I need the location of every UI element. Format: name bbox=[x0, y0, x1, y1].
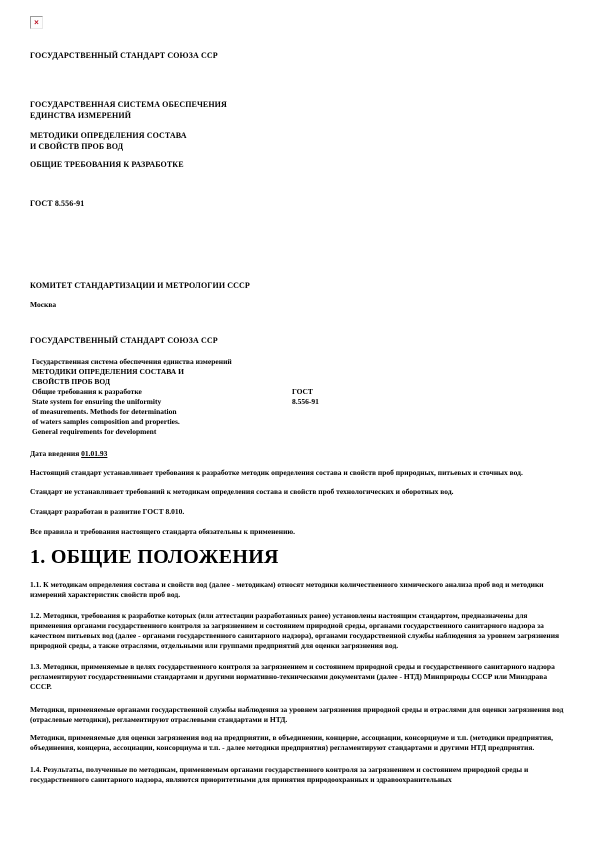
gost-number: ГОСТ 8.556-91 bbox=[30, 199, 565, 209]
title-block-line: State system for ensuring the uniformity bbox=[32, 397, 294, 407]
broken-image-x-glyph: × bbox=[34, 19, 39, 27]
title-block-line: General requirements for development bbox=[32, 427, 294, 437]
document-page: × ГОСУДАРСТВЕННЫЙ СТАНДАРТ СОЮЗА ССР ГОС… bbox=[0, 0, 595, 842]
broken-image-icon: × bbox=[30, 16, 43, 29]
title-block-line: Общие требования к разработке bbox=[32, 387, 294, 397]
title-block-left-column: Государственная система обеспечения един… bbox=[32, 357, 294, 437]
subject-title-line1: МЕТОДИКИ ОПРЕДЕЛЕНИЯ СОСТАВА bbox=[30, 130, 330, 141]
requirements-title: ОБЩИЕ ТРЕБОВАНИЯ К РАЗРАБОТКЕ bbox=[30, 160, 565, 170]
title-block-line: МЕТОДИКИ ОПРЕДЕЛЕНИЯ СОСТАВА И bbox=[32, 367, 294, 377]
title-block-line: СВОЙСТВ ПРОБ ВОД bbox=[32, 377, 294, 387]
committee-name: КОМИТЕТ СТАНДАРТИЗАЦИИ И МЕТРОЛОГИИ СССР bbox=[30, 281, 565, 291]
section-paragraph: 1.4. Результаты, полученные по методикам… bbox=[30, 765, 565, 785]
section-heading: 1. ОБЩИЕ ПОЛОЖЕНИЯ bbox=[30, 546, 565, 569]
intro-paragraph: Все правила и требования настоящего стан… bbox=[30, 527, 565, 537]
intro-paragraph: Настоящий стандарт устанавливает требова… bbox=[30, 468, 565, 478]
city-name: Москва bbox=[30, 300, 565, 310]
effective-date-value: 01.01.93 bbox=[81, 449, 107, 458]
standard-caption-2: ГОСУДАРСТВЕННЫЙ СТАНДАРТ СОЮЗА ССР bbox=[30, 336, 565, 346]
gsi-title: ГОСУДАРСТВЕННАЯ СИСТЕМА ОБЕСПЕЧЕНИЯ ЕДИН… bbox=[30, 99, 330, 121]
gost-code-column: ГОСТ 8.556-91 bbox=[292, 387, 319, 407]
subject-title: МЕТОДИКИ ОПРЕДЕЛЕНИЯ СОСТАВА И СВОЙСТВ П… bbox=[30, 130, 330, 152]
title-block-line: of measurements. Methods for determinati… bbox=[32, 407, 294, 417]
gost-code-number: 8.556-91 bbox=[292, 397, 319, 407]
gsi-title-line1: ГОСУДАРСТВЕННАЯ СИСТЕМА ОБЕСПЕЧЕНИЯ bbox=[30, 99, 330, 110]
effective-date-label: Дата введения bbox=[30, 449, 79, 458]
subject-title-line2: И СВОЙСТВ ПРОБ ВОД bbox=[30, 141, 330, 152]
intro-paragraph: Стандарт разработан в развитие ГОСТ 8.01… bbox=[30, 507, 565, 517]
standard-caption: ГОСУДАРСТВЕННЫЙ СТАНДАРТ СОЮЗА ССР bbox=[30, 51, 565, 61]
section-paragraph: 1.2. Методики, требования к разработке к… bbox=[30, 611, 565, 651]
section-paragraph: Методики, применяемые органами государст… bbox=[30, 705, 565, 725]
section-paragraph: Методики, применяемые для оценки загрязн… bbox=[30, 733, 565, 753]
title-block-line: Государственная система обеспечения един… bbox=[32, 357, 294, 367]
gsi-title-line2: ЕДИНСТВА ИЗМЕРЕНИЙ bbox=[30, 110, 330, 121]
section-paragraph: 1.3. Методики, применяемые в целях госуд… bbox=[30, 662, 565, 692]
title-block: Государственная система обеспечения един… bbox=[30, 357, 565, 437]
intro-paragraph: Стандарт не устанавливает требований к м… bbox=[30, 487, 565, 497]
title-block-line: of waters samples composition and proper… bbox=[32, 417, 294, 427]
section-paragraph: 1.1. К методикам определения состава и с… bbox=[30, 580, 565, 600]
effective-date: Дата введения 01.01.93 bbox=[30, 449, 565, 459]
gost-code-label: ГОСТ bbox=[292, 387, 319, 397]
